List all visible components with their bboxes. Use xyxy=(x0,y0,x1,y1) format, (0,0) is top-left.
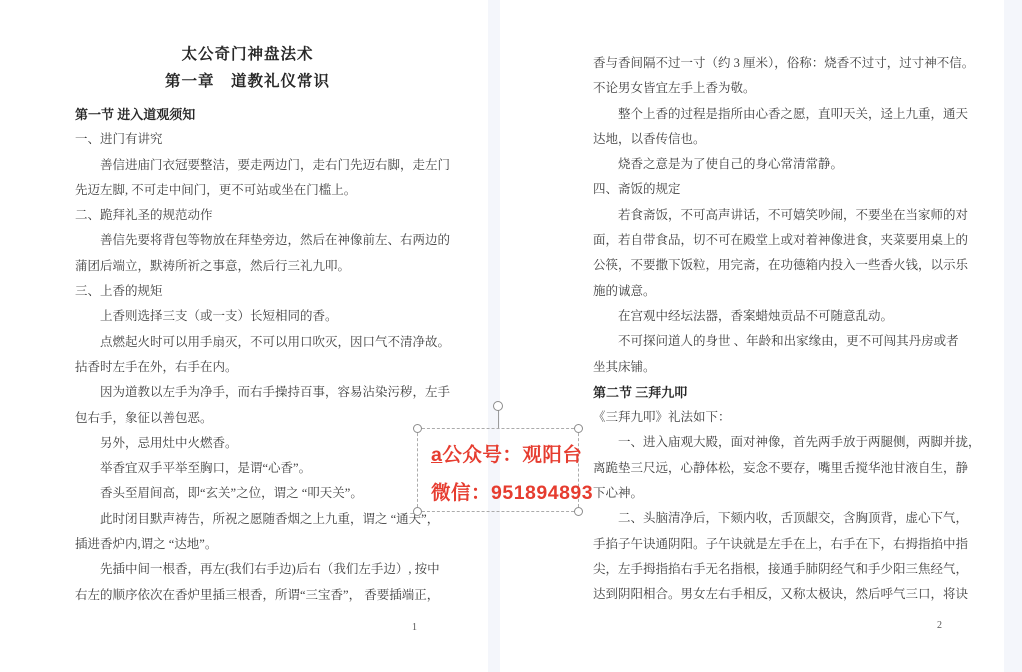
text-line: 三、上香的规矩 xyxy=(75,279,420,304)
text-line: 因为道教以左手为净手，而右手操持百事，容易沾染污秽，左手 xyxy=(75,380,420,405)
rotate-handle-icon[interactable] xyxy=(493,401,503,411)
resize-handle-top-left[interactable] xyxy=(413,424,422,433)
text-line: 插进香炉内,谓之 “达地”。 xyxy=(75,532,420,557)
text-line: 包右手，象征以善包恶。 xyxy=(75,406,420,431)
page-1: 太公奇门神盘法术 第一章 道教礼仪常识 第一节 进入道观须知一、进门有讲究 善信… xyxy=(0,0,488,672)
text-line: 四、斋饭的规定 xyxy=(593,177,938,202)
text-line: 拈香时左手在外，右手在内。 xyxy=(75,355,420,380)
watermark-text: a公众号：观阳台 微信：951894893 xyxy=(418,429,578,512)
watermark-account: 公众号：观阳台 xyxy=(442,444,582,466)
text-line: 先插中间一根香，再左(我们右手边)后右（我们左手边）, 按中 xyxy=(75,557,420,582)
text-line: 若食斋饭，不可高声讲话，不可嬉笑吵闹，不要坐在当家师的对 xyxy=(593,203,938,228)
resize-handle-bottom-right[interactable] xyxy=(574,507,583,516)
resize-handle-top-right[interactable] xyxy=(574,424,583,433)
text-line: 下心神。 xyxy=(593,481,938,506)
watermark-line-1: a公众号：观阳台 xyxy=(431,436,578,474)
text-line: 一、进入庙观大殿，面对神像，首先两手放于两腿侧，两脚并拢， xyxy=(593,430,938,455)
text-line: 坐其床铺。 xyxy=(593,355,938,380)
text-line: 举香宜双手平举至胸口，是谓“心香”。 xyxy=(75,456,420,481)
text-line: 施的诚意。 xyxy=(593,279,938,304)
text-line: 《三拜九叩》礼法如下： xyxy=(593,405,938,430)
section-heading: 第一节 进入道观须知 xyxy=(75,102,420,127)
section-heading: 第二节 三拜九叩 xyxy=(593,380,938,405)
text-line: 另外，忌用灶中火燃香。 xyxy=(75,431,420,456)
page-number: 1 xyxy=(412,622,417,633)
text-line: 香头至眉间高，即“玄关”之位，谓之 “叩天关”。 xyxy=(75,481,420,506)
page-1-text: 第一节 进入道观须知一、进门有讲究 善信进庙门衣冠要整洁，要走两边门，走右门先迈… xyxy=(75,102,420,608)
text-line: 蒲团后端立，默祷所祈之事意，然后行三礼九叩。 xyxy=(75,254,420,279)
text-line: 此时闭目默声祷告，所祝之愿随香烟之上九重，谓之 “通天”， xyxy=(75,507,420,532)
document-viewer: 太公奇门神盘法术 第一章 道教礼仪常识 第一节 进入道观须知一、进门有讲究 善信… xyxy=(0,0,1022,672)
text-line: 手掐子午诀通阴阳。子午诀就是左手在上，右手在下，右拇指掐中指 xyxy=(593,532,938,557)
rotate-handle-stem xyxy=(498,410,499,428)
text-line: 在宫观中经坛法器，香案蜡烛贡品不可随意乱动。 xyxy=(593,304,938,329)
text-line: 香与香间隔不过一寸（约 3 厘米），俗称：烧香不过寸，过寸神不信。 xyxy=(593,51,938,76)
page-2-text: 香与香间隔不过一寸（约 3 厘米），俗称：烧香不过寸，过寸神不信。不论男女皆宜左… xyxy=(593,51,938,608)
watermark-prefix: a xyxy=(431,444,442,466)
text-line: 点燃起火时可以用手扇灭，不可以用口吹灭，因口气不清净故。 xyxy=(75,330,420,355)
text-line: 二、头脑清净后，下颏内收，舌顶龈交，含胸顶背，虚心下气， xyxy=(593,506,938,531)
text-line: 达地，以香传信也。 xyxy=(593,127,938,152)
page-2: 香与香间隔不过一寸（约 3 厘米），俗称：烧香不过寸，过寸神不信。不论男女皆宜左… xyxy=(500,0,1004,672)
text-line: 达到阴阳相合。男女左右手相反，又称太极诀，然后呼气三口，将诀 xyxy=(593,582,938,607)
resize-handle-bottom-left[interactable] xyxy=(413,507,422,516)
watermark-wechat: 微信：951894893 xyxy=(431,482,593,504)
page-number: 2 xyxy=(937,620,942,631)
text-line: 烧香之意是为了使自己的身心常清常静。 xyxy=(593,152,938,177)
text-line: 不可探问道人的身世 、年龄和出家缘由，更不可闯其丹房或者 xyxy=(593,329,938,354)
text-line: 公筷，不要撒下饭粒，用完斋，在功德箱内投入一些香火钱，以示乐 xyxy=(593,253,938,278)
text-line: 面，若自带食品，切不可在殿堂上或对着神像进食，夹菜要用桌上的 xyxy=(593,228,938,253)
text-line: 离跪垫三尺远，心静体松，妄念不要存，嘴里舌搅华池甘液自生，静 xyxy=(593,456,938,481)
text-line: 一、进门有讲究 xyxy=(75,127,420,152)
text-line: 先迈左脚, 不可走中间门，更不可站或坐在门槛上。 xyxy=(75,178,420,203)
watermark-textbox[interactable]: a公众号：观阳台 微信：951894893 xyxy=(417,428,579,512)
text-line: 整个上香的过程是指所由心香之愿，直叩天关，迳上九重，通天 xyxy=(593,102,938,127)
text-line: 尖，左手拇指掐右手无名指根，接通手肺阴经气和手少阳三焦经气， xyxy=(593,557,938,582)
text-line: 上香则选择三支（或一支）长短相同的香。 xyxy=(75,304,420,329)
viewer-background xyxy=(1004,0,1022,672)
text-line: 善信先要将背包等物放在拜垫旁边，然后在神像前左、右两边的 xyxy=(75,228,420,253)
watermark-line-2: 微信：951894893 xyxy=(431,474,578,512)
document-title: 太公奇门神盘法术 xyxy=(75,44,420,66)
chapter-heading: 第一章 道教礼仪常识 xyxy=(75,71,420,93)
page-gap xyxy=(488,0,500,672)
text-line: 善信进庙门衣冠要整洁，要走两边门，走右门先迈右脚，走左门 xyxy=(75,153,420,178)
text-line: 二、跪拜礼圣的规范动作 xyxy=(75,203,420,228)
text-line: 右左的顺序依次在香炉里插三根香，所谓“三宝香”， 香要插端正， xyxy=(75,583,420,608)
text-line: 不论男女皆宜左手上香为敬。 xyxy=(593,76,938,101)
